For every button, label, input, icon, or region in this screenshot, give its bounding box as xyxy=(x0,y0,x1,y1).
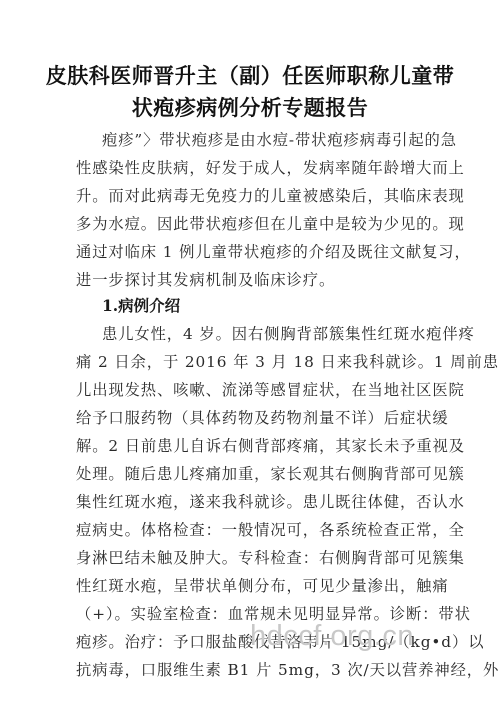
case-line: 患儿女性，4 岁。因右侧胸背部簇集性红斑水疱伴疼 xyxy=(102,322,424,344)
case-line: 集性红斑水疱，遂来我科就诊。患儿既往体健，否认水 xyxy=(76,490,424,512)
intro-line: 性感染性皮肤病，好发于成人，发病率随年龄增大而上 xyxy=(76,156,424,178)
intro-line: 升。而对此病毒无免疫力的儿童被感染后，其临床表现 xyxy=(76,184,424,206)
case-line: 身淋巴结未触及肿大。专科检查：右侧胸背部可见簇集 xyxy=(76,546,424,568)
intro-line: 通过对临床 1 例儿童带状疱疹的介绍及既往文献复习， xyxy=(76,240,424,262)
intro-line: 进一步探讨其发病机制及临床诊疗。 xyxy=(76,268,424,290)
case-line: 处理。随后患儿疼痛加重，家长观其右侧胸背部可见簇 xyxy=(76,462,424,484)
case-line: 解。2 日前患儿自诉右侧背部疼痛，其家长未予重视及 xyxy=(76,434,424,456)
case-line: 给予口服药物（具体药物及药物剂量不详）后症状缓 xyxy=(76,406,424,428)
document-title-line-1: 皮肤科医师晋升主（副）任医师职称儿童带 xyxy=(0,60,500,90)
intro-line: 疱疹”〉带状疱疹是由水痘-带状疱疹病毒引起的急 xyxy=(102,128,424,150)
section-heading: 1.病例介绍 xyxy=(102,294,180,316)
watermark: hdccf.org.cn xyxy=(250,620,414,653)
case-line: 儿出现发热、咳嗽、流涕等感冒症状，在当地社区医院 xyxy=(76,378,424,400)
case-line: 痘病史。体格检查：一般情况可，各系统检查正常，全 xyxy=(76,518,424,540)
case-line: 痛 2 日余，于 2016 年 3 月 18 日来我科就诊。1 周前患 xyxy=(76,350,424,372)
document-title-line-2: 状疱疹病例分析专题报告 xyxy=(0,92,500,122)
case-line: 抗病毒，口服维生素 B1 片 5mg，3 次/天以营养神经，外 xyxy=(76,658,424,680)
intro-line: 多为水痘。因此带状疱疹但在儿童中是较为少见的。现 xyxy=(76,212,424,234)
case-line: 性红斑水疱，呈带状单侧分布，可见少量渗出，触痛 xyxy=(76,574,424,596)
